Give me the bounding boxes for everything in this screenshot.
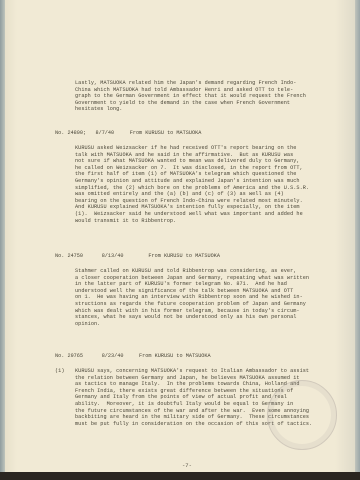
document-page: Lastly, MATSUOKA related him the Japan's… [5, 0, 355, 472]
faded-seal-stamp [267, 380, 337, 450]
scanner-bottom-edge [0, 472, 360, 480]
intro-paragraph: Lastly, MATSUOKA related him the Japan's… [75, 80, 306, 113]
entry-header: No. 29765 8/23/40 From KURUSU to MATSUOK… [55, 353, 211, 359]
entry-body: KURUSU asked Weizsacker if he had receiv… [75, 145, 309, 224]
page-number: -7- [182, 462, 192, 469]
entry-header: No. 24750 8/13/40 From KURUSU to MATSUOK… [55, 253, 220, 259]
entry-body: Stahmer called on KURUSU and told Ribben… [75, 268, 309, 327]
entry-header: No. 24800; 8/7/40 From KURUSU to MATSUOK… [55, 130, 201, 136]
item-number: (1) [55, 368, 65, 375]
